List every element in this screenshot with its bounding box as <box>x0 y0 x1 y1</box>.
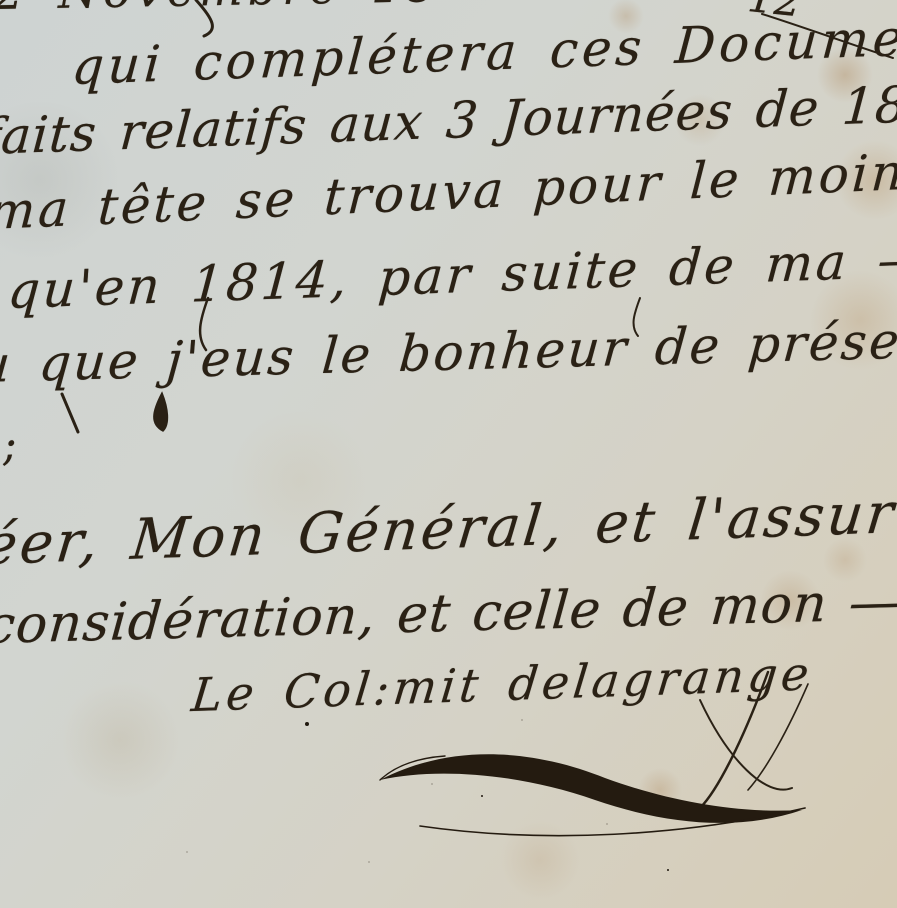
signature-line: Le Col:mit delagrange <box>190 650 815 718</box>
manuscript-line: u que j'eus le bonheur de préser <box>0 315 897 390</box>
ink-specks <box>305 722 309 726</box>
manuscript-line: qu'en 1814, par suite de ma — <box>6 234 897 316</box>
manuscript-line-date-fragment: 2 Novembre 18 <box>0 0 440 16</box>
signature-flourish <box>365 738 815 848</box>
manuscript-line-salutation: éer, Mon Général, et l'assur <box>0 486 897 574</box>
manuscript-page: 2 Novembre 18 12 qui complétera ces Docu… <box>0 0 897 908</box>
manuscript-fragment-mark: ; <box>0 423 18 468</box>
manuscript-line: considération, et celle de mon — <box>0 576 897 652</box>
